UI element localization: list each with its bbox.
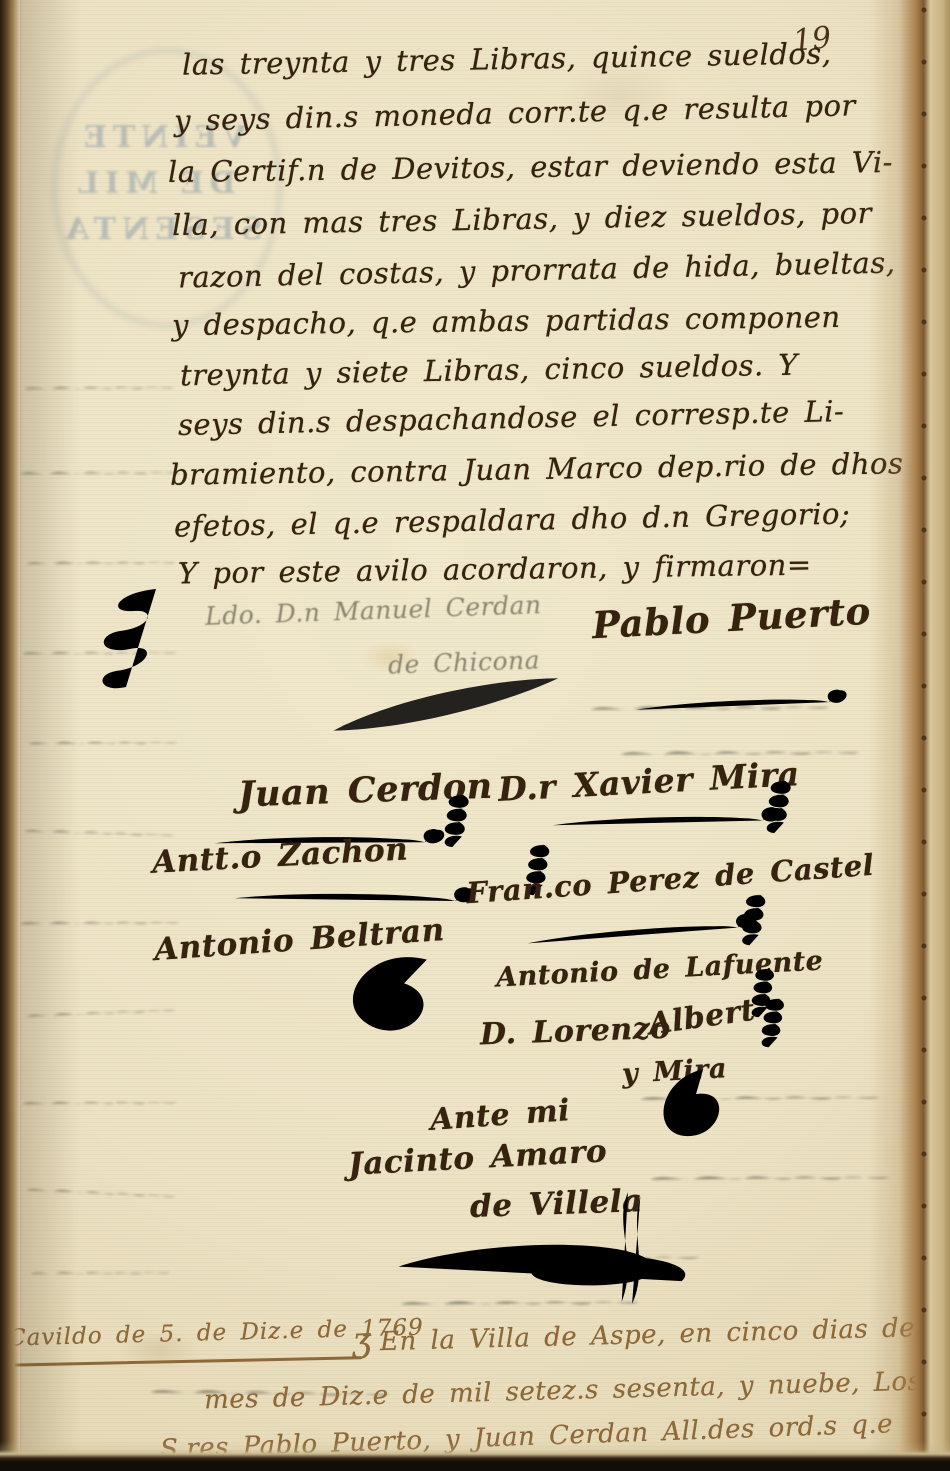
body-text-line: treynta y siete Libras, cinco sueldos. Y	[180, 348, 799, 393]
signature-rubric	[756, 996, 792, 1050]
attestation-line: Ldo. D.n Manuel Cerdan	[205, 590, 542, 631]
body-text-line: y despacho, q.e ambas partidas componen	[172, 300, 841, 342]
page-edge-speckles	[920, 0, 928, 1471]
notary-ante-mi: Ante mi	[429, 1093, 571, 1138]
body-text-line: seys din.s despachandose el corresp.te L…	[178, 394, 845, 442]
page-bottom-edge	[0, 1441, 950, 1471]
signature-rubric	[498, 797, 839, 845]
entry-text-line: mes de Diz.e de mil setez.s sesenta, y n…	[204, 1367, 922, 1416]
binding-edge	[0, 0, 22, 1471]
entry-text-line: En la Villa de Aspe, en cinco dias del	[380, 1313, 925, 1357]
signature-rubric	[636, 682, 848, 726]
page-stack-edge	[868, 0, 950, 1471]
signature: D. Lorenzo	[479, 1011, 671, 1053]
paragraph-mark: ʒ	[351, 1320, 372, 1361]
signature: Albert	[646, 993, 757, 1043]
body-text-line: Y por este avilo acordaron, y firmaron=	[178, 548, 812, 591]
signature-rubric	[388, 1186, 748, 1310]
rubric-flourish	[86, 583, 166, 703]
signature-rubric	[338, 952, 458, 1048]
body-text-line: efetos, el q.e respaldara dho d.n Gregor…	[174, 497, 851, 544]
manuscript-scan: VEINTE DE MIL SESENTA 19 las treynta y t…	[0, 0, 950, 1471]
binding-shadow	[20, 0, 80, 1471]
signature: Jacinto Amaro	[347, 1133, 608, 1183]
signature: Pablo Puerto	[591, 589, 872, 648]
quill-mast-flourish	[528, 636, 562, 748]
ghost-writing	[640, 1170, 900, 1186]
body-text-line: bramiento, contra Juan Marco dep.rio de …	[170, 446, 904, 492]
body-text-line: las treynta y tres Libras, quince sueldo…	[182, 36, 832, 81]
